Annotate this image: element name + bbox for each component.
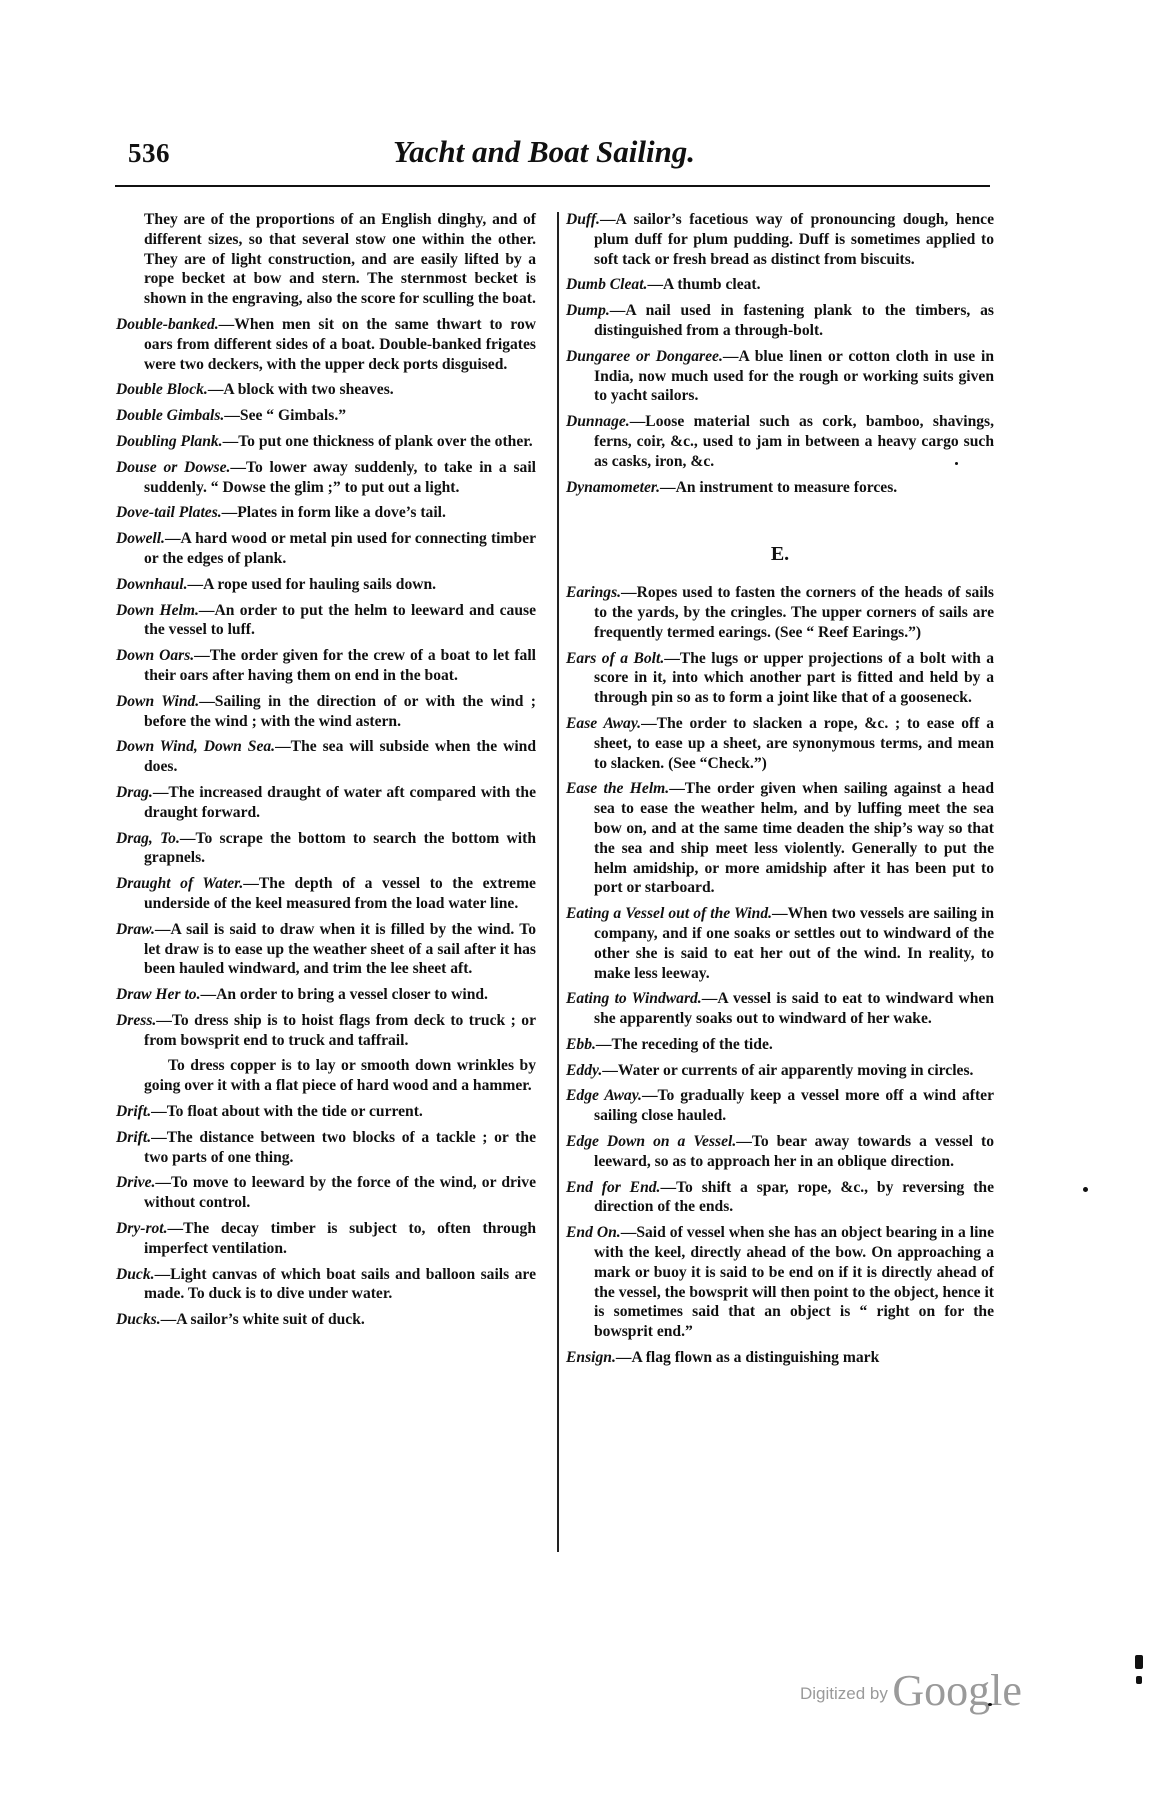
glossary-entry: Edge Down on a Vessel.—To bear away towa… [566,1132,994,1172]
glossary-entry: Duff.—A sailor’s facetious way of pronou… [566,210,994,269]
scan-speck [1083,1187,1088,1192]
glossary-entry: Double Gimbals.—See “ Gimbals.” [116,406,536,426]
right-entries-d-list: Duff.—A sailor’s facetious way of pronou… [566,210,994,497]
entry-definition: —An order to put the helm to leeward and… [144,602,536,639]
entry-definition: —A block with two sheaves. [208,381,394,398]
glossary-entry: Douse or Dowse.—To lower away suddenly, … [116,458,536,498]
entry-term: Eating to Windward. [566,990,702,1007]
entry-definition: —A sailor’s white suit of duck. [161,1311,365,1328]
entry-term: Eddy. [566,1062,602,1079]
entry-term: Dynamometer. [566,479,660,496]
scan-speck [1136,1676,1142,1684]
glossary-entry: End On.—Said of vessel when she has an o… [566,1223,994,1342]
glossary-entry: Drag.—The increased draught of water aft… [116,783,536,823]
entry-definition: —The decay timber is subject to, often t… [144,1220,536,1257]
entry-definition: —Light canvas of which boat sails and ba… [144,1266,536,1303]
entry-definition: —The increased draught of water aft comp… [144,784,536,821]
glossary-entry: Draw Her to.—An order to bring a vessel … [116,985,536,1005]
glossary-entry: Doubling Plank.—To put one thickness of … [116,432,536,452]
entry-term: Drift. [116,1103,151,1120]
entry-term: Double-banked. [116,316,219,333]
glossary-entry: Eating to Windward.—A vessel is said to … [566,989,994,1029]
entry-term: Drag. [116,784,153,801]
glossary-entry: Edge Away.—To gradually keep a vessel mo… [566,1086,994,1126]
entry-definition: —An instrument to measure forces. [660,479,897,496]
glossary-entry: Ease the Helm.—The order given when sail… [566,779,994,898]
entry-term: Dungaree or Dongaree. [566,348,723,365]
glossary-entry: Drift.—The distance between two blocks o… [116,1128,536,1168]
right-entries-e-list: Earings.—Ropes used to fasten the corner… [566,583,994,1368]
entry-term: Double Gimbals. [116,407,224,424]
entry-definition: —A rope used for hauling sails down. [188,576,437,593]
glossary-entry: Eating a Vessel out of the Wind.—When tw… [566,904,994,983]
entry-term: Ease Away. [566,715,641,732]
entry-term: Dump. [566,302,610,319]
entry-definition: —A hard wood or metal pin used for conne… [144,530,536,567]
glossary-entry: Double Block.—A block with two sheaves. [116,380,536,400]
scan-speck [1135,1655,1143,1669]
glossary-entry: Ducks.—A sailor’s white suit of duck. [116,1310,536,1330]
entry-term: Ears of a Bolt. [566,650,664,667]
entry-term: Duck. [116,1266,155,1283]
glossary-entry: Duck.—Light canvas of which boat sails a… [116,1265,536,1305]
entry-definition: —See “ Gimbals.” [224,407,346,424]
watermark-prefix: Digitized by [800,1684,888,1703]
glossary-entry: Dress.—To dress ship is to hoist flags f… [116,1011,536,1051]
glossary-entry: Drift.—To float about with the tide or c… [116,1102,536,1122]
entry-definition: —The order given for the crew of a boat … [144,647,536,684]
entry-term: End for End. [566,1179,660,1196]
entry-term: Down Wind, Down Sea. [116,738,275,755]
entry-definition: —The distance between two blocks of a ta… [144,1129,536,1166]
glossary-entry: Dry-rot.—The decay timber is subject to,… [116,1219,536,1259]
digitized-watermark: Digitized by Google [800,1665,1022,1716]
entry-definition: —Sailing in the direction of or with the… [144,693,536,730]
glossary-entry: Dowell.—A hard wood or metal pin used fo… [116,529,536,569]
glossary-entry: Dumb Cleat.—A thumb cleat. [566,275,994,295]
glossary-entry: Eddy.—Water or currents of air apparentl… [566,1061,994,1081]
glossary-entry: Downhaul.—A rope used for hauling sails … [116,575,536,595]
continuation-paragraph: They are of the proportions of an Englis… [116,210,536,309]
glossary-entry: Down Wind, Down Sea.—The sea will subsid… [116,737,536,777]
column-divider [557,212,559,1552]
entry-term: Eating a Vessel out of the Wind. [566,905,772,922]
entry-definition: —Water or currents of air apparently mov… [602,1062,973,1079]
entry-term: End On. [566,1224,621,1241]
glossary-entry: Draught of Water.—The depth of a vessel … [116,874,536,914]
entry-term: Douse or Dowse. [116,459,230,476]
entry-term: Dumb Cleat. [566,276,647,293]
glossary-entry: Dungaree or Dongaree.—A blue linen or co… [566,347,994,406]
right-column: Duff.—A sailor’s facetious way of pronou… [566,210,994,1374]
entry-term: Dress. [116,1012,156,1029]
entry-term: Earings. [566,584,621,601]
entry-definition: —To put one thickness of plank over the … [223,433,533,450]
entry-definition: —A sail is said to draw when it is fille… [144,921,536,978]
entry-definition: —A flag flown as a distinguishing mark [616,1349,879,1366]
entry-term: Edge Away. [566,1087,642,1104]
entry-definition: —The order given when sailing against a … [594,780,994,896]
entry-term: Ease the Helm. [566,780,669,797]
entry-definition: —The receding of the tide. [596,1036,773,1053]
entry-term: Drive. [116,1174,155,1191]
entry-term: Draw Her to. [116,986,200,1003]
entry-term: Ducks. [116,1311,161,1328]
entry-term: Draw. [116,921,155,938]
entry-definition: —Said of vessel when she has an object b… [594,1224,994,1340]
entry-definition: —An order to bring a vessel closer to wi… [200,986,487,1003]
glossary-entry: Ensign.—A flag flown as a distinguishing… [566,1348,994,1368]
entry-term: Doubling Plank. [116,433,223,450]
entry-definition: —To float about with the tide or current… [151,1103,423,1120]
entry-definition: —The order to slacken a rope, &c. ; to e… [594,715,994,772]
entry-term: Ensign. [566,1349,616,1366]
page-header: 536 Yacht and Boat Sailing. [128,130,988,180]
glossary-entry: Down Oars.—The order given for the crew … [116,646,536,686]
glossary-entry: Down Wind.—Sailing in the direction of o… [116,692,536,732]
glossary-entry: Ebb.—The receding of the tide. [566,1035,994,1055]
entry-term: Duff. [566,211,600,228]
glossary-entry: Draw.—A sail is said to draw when it is … [116,920,536,979]
entry-definition: —To gradually keep a vessel more off a w… [594,1087,994,1124]
entry-term: Drag, To. [116,830,180,847]
entry-term: Ebb. [566,1036,596,1053]
entry-continuation: To dress copper is to lay or smooth down… [144,1056,536,1096]
glossary-entry: Drive.—To move to leeward by the force o… [116,1173,536,1213]
entry-term: Downhaul. [116,576,188,593]
glossary-entry: Dove-tail Plates.—Plates in form like a … [116,503,536,523]
entry-definition: —Ropes used to fasten the corners of the… [594,584,994,641]
entry-term: Drift. [116,1129,151,1146]
glossary-entry: Double-banked.—When men sit on the same … [116,315,536,374]
scan-speck [988,1703,992,1706]
entry-term: Dowell. [116,530,165,547]
entry-definition: —A nail used in fastening plank to the t… [594,302,994,339]
entry-definition: —To scrape the bottom to search the bott… [144,830,536,867]
glossary-entry: End for End.—To shift a spar, rope, &c.,… [566,1178,994,1218]
glossary-entry: Dump.—A nail used in fastening plank to … [566,301,994,341]
entry-term: Down Wind. [116,693,199,710]
glossary-entry: Earings.—Ropes used to fasten the corner… [566,583,994,642]
entry-term: Double Block. [116,381,208,398]
entry-definition: —A sailor’s facetious way of pronouncing… [594,211,994,268]
glossary-entry: Dunnage.—Loose material such as cork, ba… [566,412,994,471]
entry-term: Down Oars. [116,647,194,664]
entry-definition: —Loose material such as cork, bamboo, sh… [594,413,994,470]
section-letter-e: E. [566,545,994,565]
glossary-entry: Ease Away.—The order to slacken a rope, … [566,714,994,773]
entry-term: Edge Down on a Vessel. [566,1133,736,1150]
header-rule [115,185,990,187]
glossary-entry: Ears of a Bolt.—The lugs or upper projec… [566,649,994,708]
entry-definition: —A thumb cleat. [647,276,760,293]
entry-definition: —To move to leeward by the force of the … [144,1174,536,1211]
entry-term: Down Helm. [116,602,199,619]
entry-term: Dove-tail Plates. [116,504,222,521]
entry-term: Dry-rot. [116,1220,168,1237]
watermark-brand: Google [892,1666,1022,1715]
glossary-entry: Drag, To.—To scrape the bottom to search… [116,829,536,869]
entry-term: Dunnage. [566,413,630,430]
entry-definition: —Plates in form like a dove’s tail. [222,504,446,521]
page-number: 536 [128,138,170,169]
scan-speck [955,462,958,465]
glossary-entry: Dynamometer.—An instrument to measure fo… [566,478,994,498]
left-column: They are of the proportions of an Englis… [116,210,536,1336]
left-entries-list: Double-banked.—When men sit on the same … [116,315,536,1330]
entry-term: Draught of Water. [116,875,243,892]
running-title: Yacht and Boat Sailing. [393,134,695,170]
entry-definition: —To dress ship is to hoist flags from de… [144,1012,536,1049]
glossary-entry: Down Helm.—An order to put the helm to l… [116,601,536,641]
